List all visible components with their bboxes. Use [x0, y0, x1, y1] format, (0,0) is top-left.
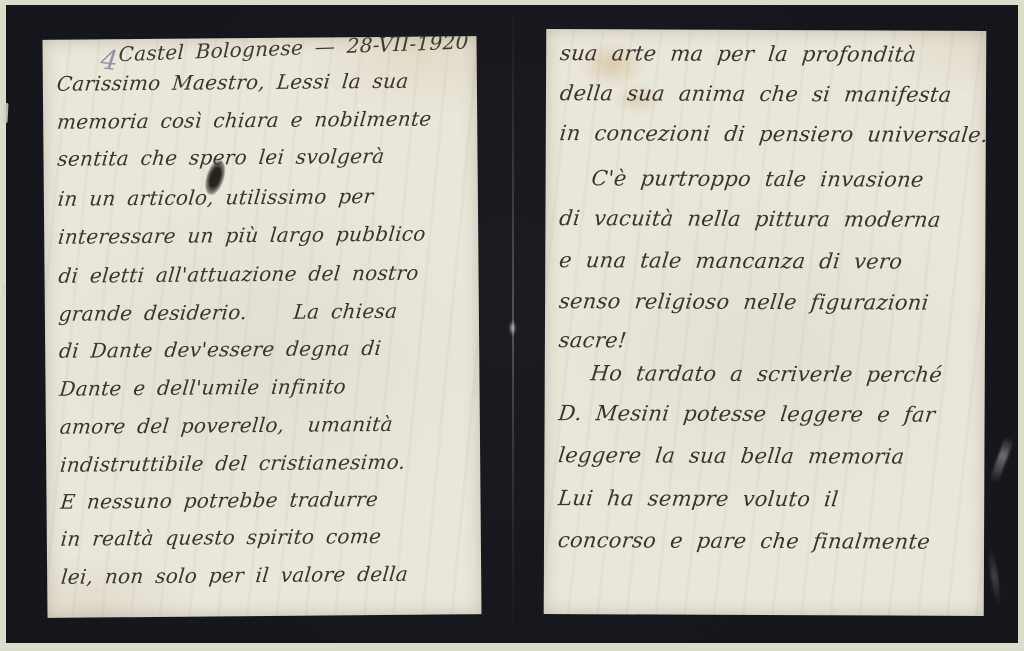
handwriting-line: interessare un più largo pubblico — [57, 221, 475, 249]
handwriting-line: concorso e pare che finalmente — [557, 528, 982, 554]
dateline: Castel Bolognese — 28-VII-1920 — [118, 36, 469, 66]
handwriting-line: leggere la sua bella memoria — [557, 443, 982, 469]
handwriting-line: sentita che spero lei svolgerà — [56, 143, 474, 171]
letter-scan: { "scan": { "description_colors": { "fra… — [0, 0, 1024, 651]
handwriting-line: di eletti all'attuazione del nostro — [57, 260, 475, 288]
letter-page-right: sua arte ma per la profondità della sua … — [544, 29, 987, 616]
handwriting-line: sacre! — [558, 328, 983, 354]
black-mat-background: Castel Bolognese — 28-VII-1920 4 Carissi… — [6, 5, 1018, 643]
handwriting-line: lei, non solo per il valore della — [60, 561, 478, 589]
handwriting-line: senso religioso nelle figurazioni — [558, 289, 983, 315]
handwriting-line: indistruttibile del cristianesimo. — [59, 449, 477, 477]
handwriting-line: amore del poverello, umanità — [59, 411, 477, 439]
handwriting-line: in realtà questo spirito come — [60, 523, 478, 551]
handwriting-line: grande desiderio. La chiesa — [58, 298, 476, 326]
handwriting-line: Dante e dell'umile infinito — [58, 373, 476, 401]
handwriting-line: in un articolo, utilissimo per — [57, 183, 475, 211]
handwriting-line: Lui ha sempre voluto il — [557, 486, 982, 512]
letter-page-left: Castel Bolognese — 28-VII-1920 4 Carissi… — [42, 36, 481, 618]
handwriting-line: Carissimo Maestro, Lessi la sua — [56, 68, 474, 96]
handwriting-line: di Dante dev'essere degna di — [58, 335, 476, 363]
seam-glint — [509, 320, 516, 336]
handwriting-line: sua arte ma per la profondità — [559, 41, 984, 67]
handwriting-line: C'è purtroppo tale invasione — [590, 166, 983, 192]
handwriting-line: memoria così chiara e nobilmente — [56, 106, 474, 134]
handwriting-line: E nessuno potrebbe tradurre — [59, 486, 477, 514]
handwriting-line: della sua anima che si manifesta — [559, 81, 984, 107]
handwriting-line: Ho tardato a scriverle perché — [589, 361, 982, 387]
handwriting-line: in concezioni di pensiero universale. — [559, 121, 984, 147]
handwriting-line: di vacuità nella pittura moderna — [558, 206, 983, 232]
handwriting-line: e una tale mancanza di vero — [558, 248, 983, 274]
handwriting-line: D. Mesini potesse leggere e far — [557, 401, 982, 427]
